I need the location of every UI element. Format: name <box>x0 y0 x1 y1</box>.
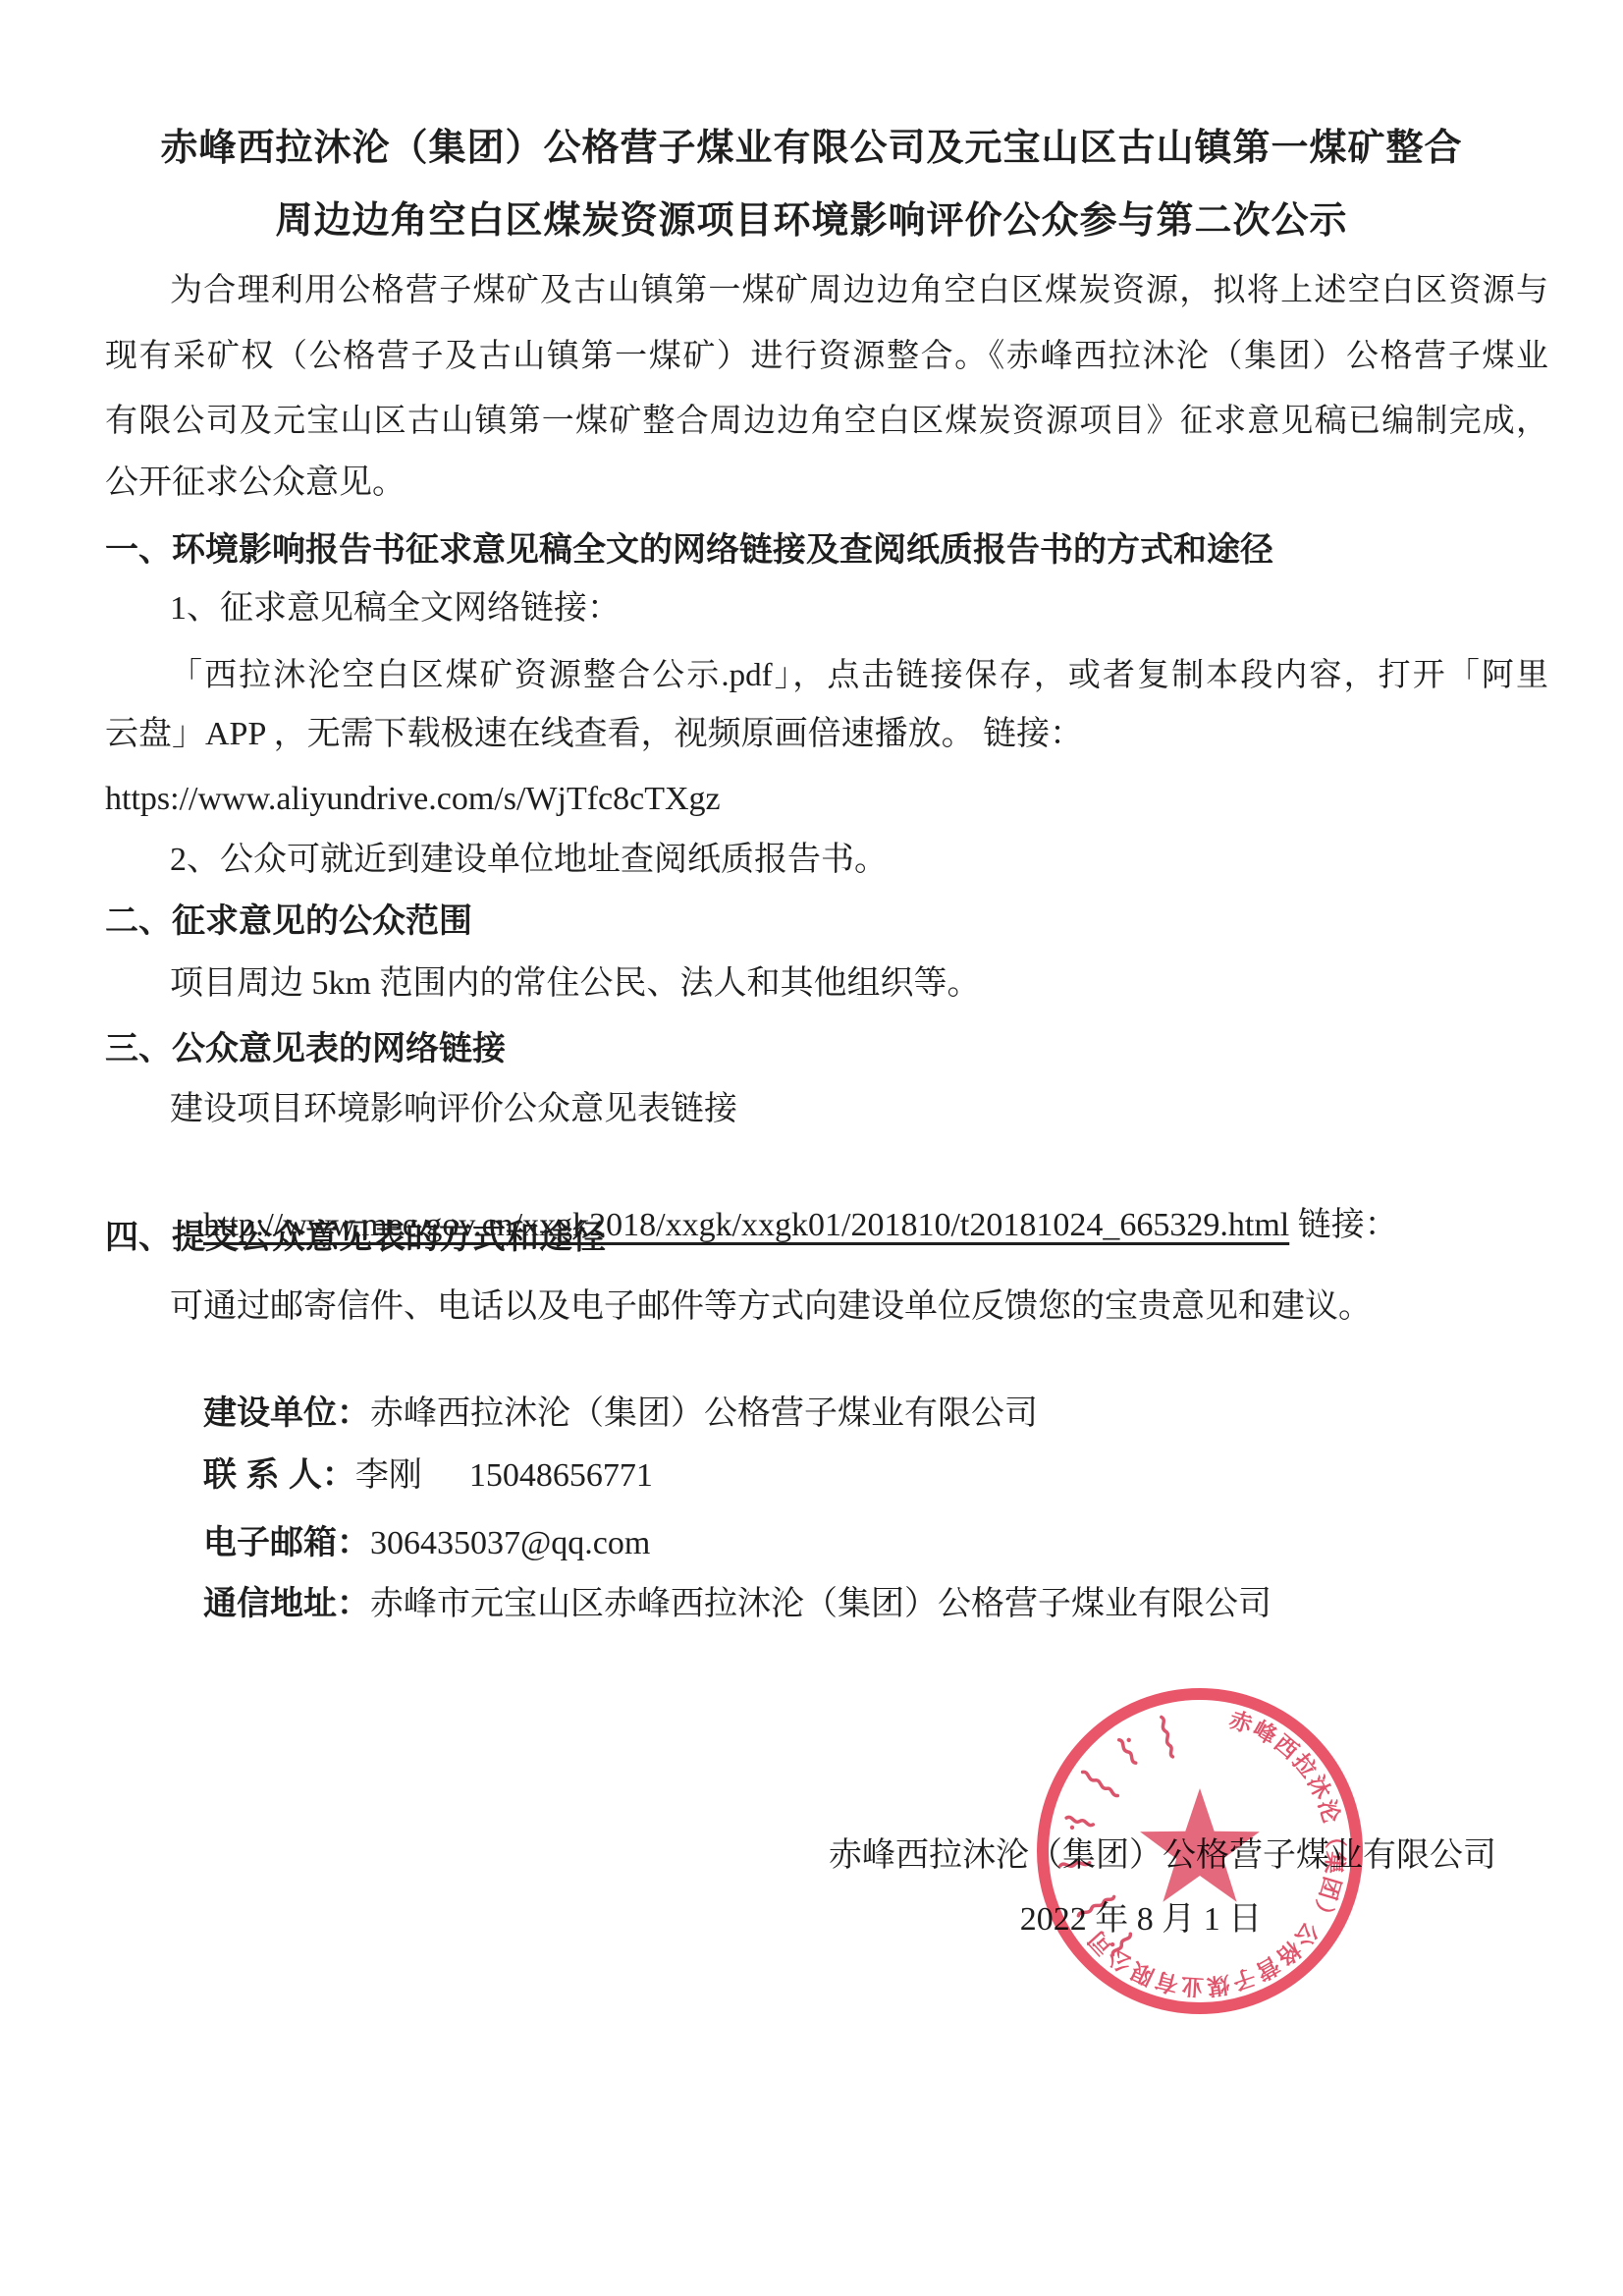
aliyundrive-link[interactable]: https://www.aliyundrive.com/s/WjTfc8cTXg… <box>105 778 721 821</box>
intro-paragraph-line2: 现有采矿权（公格营子及古山镇第一煤矿）进行资源整合。《赤峰西拉沐沦（集团）公格营… <box>105 335 1548 378</box>
section1-pdf-line2: 云盘」APP ，无需下载极速在线查看，视频原画倍速播放。 链接： <box>105 713 1083 756</box>
mee-link-suffix: 链接： <box>1289 1207 1398 1243</box>
contact-address-label: 通信地址： <box>203 1585 370 1622</box>
red-star-icon <box>1140 1788 1260 1902</box>
page-title-line2: 周边边角空白区煤炭资源项目环境影响评价公众参与第二次公示 <box>0 196 1623 246</box>
intro-paragraph-line1: 为合理利用公格营子煤矿及古山镇第一煤矿周边边角空白区煤炭资源，拟将上述空白区资源… <box>105 269 1548 312</box>
section4-body: 可通过邮寄信件、电话以及电子邮件等方式向建设单位反馈您的宝贵意见和建议。 <box>170 1285 1372 1329</box>
intro-paragraph-line4: 公开征求公众意见。 <box>105 462 406 505</box>
section2-body: 项目周边 5km 范围内的常住公民、法人和其他组织等。 <box>170 962 980 1006</box>
section1-heading: 一、环境影响报告书征求意见稿全文的网络链接及查阅纸质报告书的方式和途径 <box>105 528 1273 572</box>
section3-body: 建设项目环境影响评价公众意见表链接 <box>170 1088 737 1131</box>
section3-heading: 三、公众意见表的网络链接 <box>105 1027 506 1070</box>
scanned-notice-page: 赤峰西拉沐沦（集团）公格营子煤业有限公司及元宝山区古山镇第一煤矿整合 周边边角空… <box>0 0 1623 2296</box>
company-seal-stamp: 赤峰西拉沐沦（集团）公格营子煤业有限公司 <box>1023 1674 1377 2028</box>
intro-paragraph-line3: 有限公司及元宝山区古山镇第一煤矿整合周边边角空白区煤炭资源项目》征求意见稿已编制… <box>105 400 1548 443</box>
section4-heading: 四、提交公众意见表的方式和途径 <box>105 1216 606 1259</box>
section1-pdf-line1: 「西拉沐沦空白区煤矿资源整合公示.pdf」，点击链接保存，或者复制本段内容，打开… <box>105 654 1548 697</box>
contact-address-line: 通信地址：赤峰市元宝山区赤峰西拉沐沦（集团）公格营子煤业有限公司 <box>170 1539 1271 1669</box>
section1-item1: 1、征求意见稿全文网络链接： <box>170 587 621 630</box>
section2-heading: 二、征求意见的公众范围 <box>105 900 472 943</box>
contact-address-value: 赤峰市元宝山区赤峰西拉沐沦（集团）公格营子煤业有限公司 <box>370 1586 1271 1622</box>
section1-item2: 2、公众可就近到建设单位地址查阅纸质报告书。 <box>170 839 888 882</box>
page-title-line1: 赤峰西拉沐沦（集团）公格营子煤业有限公司及元宝山区古山镇第一煤矿整合 <box>0 124 1623 173</box>
